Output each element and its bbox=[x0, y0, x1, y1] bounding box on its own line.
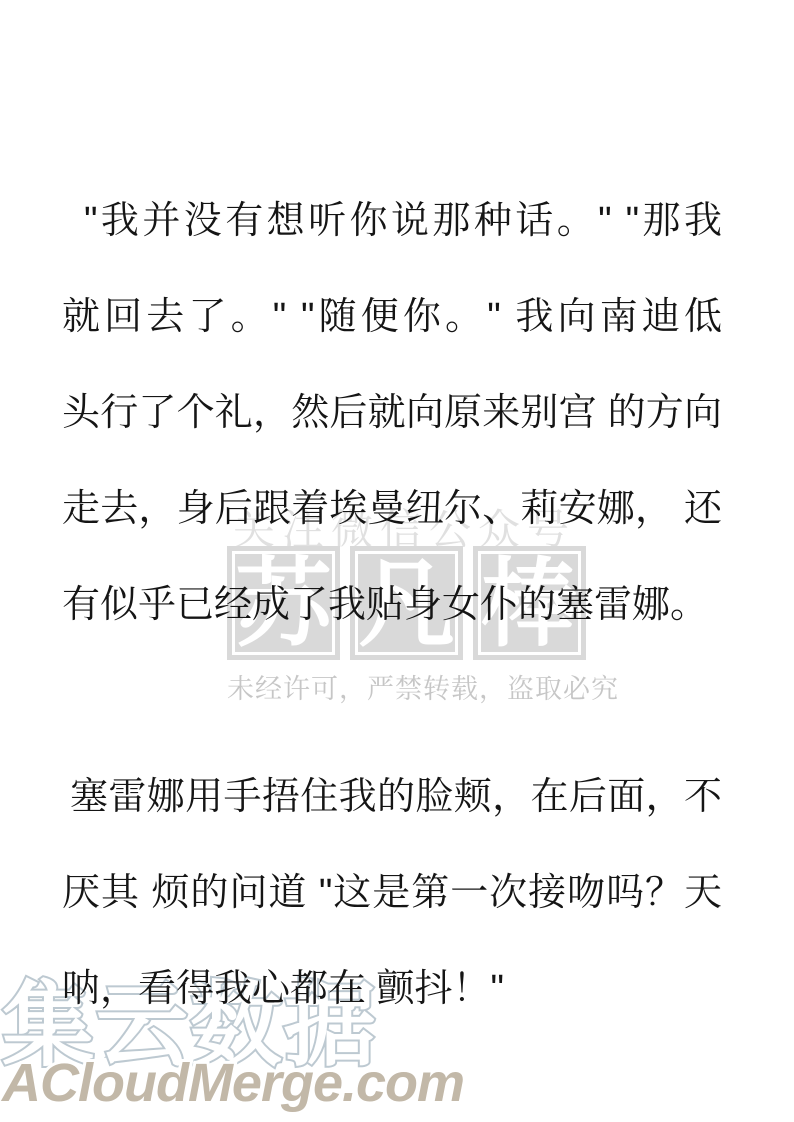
text-line: 呐，看得我心都在 颤抖！" bbox=[62, 941, 722, 1037]
story-paragraph-2: 塞雷娜用手捂住我的脸颊，在后面，不 厌其 烦的问道 "这是第一次接吻吗？天 呐，… bbox=[62, 749, 722, 1037]
text-line: 厌其 烦的问道 "这是第一次接吻吗？天 bbox=[62, 845, 722, 941]
text-line: "我并没有想听你说那种话。" "那我 bbox=[62, 173, 722, 269]
text-line: 塞雷娜用手捂住我的脸颊，在后面，不 bbox=[62, 749, 722, 845]
novel-page: 关注微信公众号 苏 凡 棒 未经许可，严禁转载，盗取必究 集云数据 ACloud… bbox=[0, 0, 794, 1122]
watermark-brand-site: ACloudMerge.com bbox=[2, 1056, 464, 1110]
text-line: 就回去了。" "随便你。" 我向南迪低 bbox=[62, 269, 722, 365]
story-paragraph-1: "我并没有想听你说那种话。" "那我 就回去了。" "随便你。" 我向南迪低 头… bbox=[62, 173, 722, 653]
text-line: 走去，身后跟着埃曼纽尔、莉安娜， 还 bbox=[62, 461, 722, 557]
watermark-copyright-notice: 未经许可，严禁转载，盗取必究 bbox=[227, 667, 586, 706]
text-line: 头行了个礼，然后就向原来别宫 的方向 bbox=[62, 365, 722, 461]
text-line: 有似乎已经成了我贴身女仆的塞雷娜。 bbox=[62, 557, 722, 653]
